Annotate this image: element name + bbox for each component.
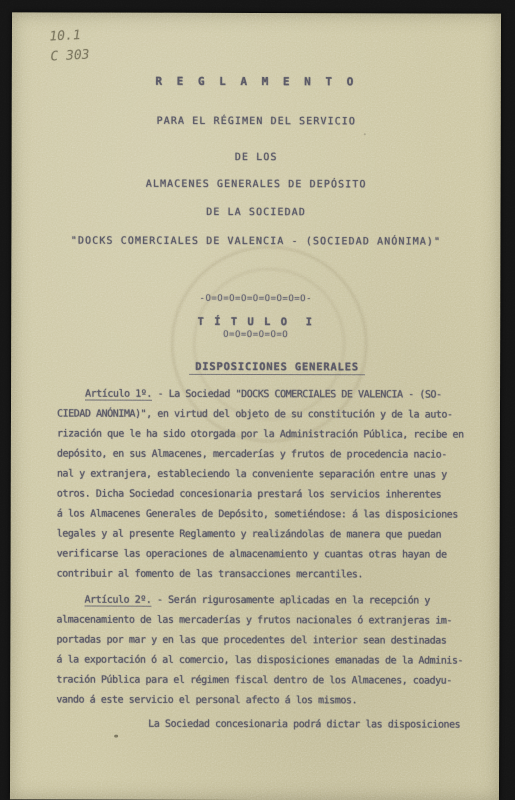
ornament-line-2: O=O=O=O=O=O [11,328,500,341]
scanned-document-page: 10.1 C 303 R E G L A M E N T O PARA EL R… [0,0,515,800]
subtitle-line: DE LOS [12,151,501,163]
article-2-first-text: - Serán rigurosamente aplicadas en la re… [151,595,430,607]
section-heading: DISPOSICIONES GENERALES [11,348,500,385]
subtitle-line: PARA EL RÉGIMEN DEL SERVICIO [12,115,501,127]
article-1-label: Artículo 1º. [85,389,152,401]
text-line: contribuir al fomento de las transaccion… [57,564,467,585]
article-2-lines: almacenamiento de las mercaderías y frut… [56,610,466,711]
section-title: T Í T U L O I [11,315,500,328]
archive-pencil-marks: 10.1 C 303 [49,26,90,68]
article-1-first-text: - La Sociedad "DOCKS COMERCIALES DE VALE… [152,389,442,401]
subtitle-line: ALMACENES GENERALES DE DEPÓSITO [12,178,501,190]
article-2: Artículo 2º. - Serán rigurosamente aplic… [56,590,466,711]
document-title: R E G L A M E N T O [12,74,501,88]
text-line: otros. Dicha Sociedad concesionaria pres… [57,484,467,505]
text-line: CIEDAD ANÓNIMA)", en virtud del objeto d… [57,404,467,425]
paper-sheet: 10.1 C 303 R E G L A M E N T O PARA EL R… [10,12,501,800]
document-body: Artículo 1º. - La Sociedad "DOCKS COMERC… [56,384,467,735]
article-1: Artículo 1º. - La Sociedad "DOCKS COMERC… [57,384,468,585]
subtitle-line: "DOCKS COMERCIALES DE VALENCIA - (SOCIED… [11,235,500,247]
text-line: portadas por mar y en las que procedente… [56,630,466,651]
subtitle-line: DE LA SOCIEDAD [11,206,500,218]
ornament-line-1: -O=O=O=O=O=O=O=O=O- [11,292,500,305]
text-line: nal y extranjera, estableciendo la conve… [57,464,467,485]
article-1-first-line: Artículo 1º. - La Sociedad "DOCKS COMERC… [57,384,467,405]
section-heading-text: DISPOSICIONES GENERALES [189,361,365,375]
text-line: legales y al presente Reglamento y reali… [57,524,467,545]
text-line: tración Pública para el régimen fiscal d… [56,670,466,691]
text-line: depósito, en sus Almacenes, mercaderías … [57,444,467,465]
text-line: rización que le ha sido otorgada por la … [57,424,467,445]
paper-speck [364,133,366,135]
text-line: á los Almacenes Generales de Depósito, s… [57,504,467,525]
closing-paragraph-line: La Sociedad concesionaria podrá dictar l… [148,715,466,736]
pencil-mark-top: 10.1 [49,26,89,48]
text-line: vando á este servicio el personal afecto… [56,690,466,711]
text-line: á la exportación ó al comercio, las disp… [56,650,466,671]
document-subtitle-block: PARA EL RÉGIMEN DEL SERVICIODE LOSALMACE… [12,12,501,13]
paper-speck [114,735,118,738]
text-line: almacenamiento de las mercaderías y frut… [56,610,466,631]
pencil-mark-bottom: C 303 [50,46,90,68]
text-line: verificarse las operaciones de almacenam… [57,544,467,565]
article-2-label: Artículo 2º. [84,595,151,607]
article-1-lines: CIEDAD ANÓNIMA)", en virtud del objeto d… [57,404,467,585]
article-2-first-line: Artículo 2º. - Serán rigurosamente aplic… [56,590,466,611]
